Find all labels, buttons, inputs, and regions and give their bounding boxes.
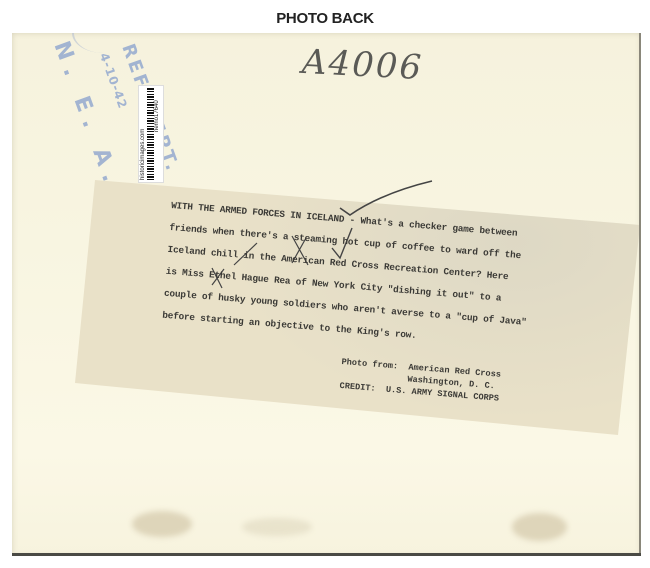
barcode-icon — [147, 88, 154, 180]
stain — [512, 513, 567, 541]
photo-edge — [12, 553, 641, 556]
archive-label: historicimages.com nemo17640 — [138, 85, 164, 183]
archive-item-code: nemo17640 — [154, 100, 160, 132]
stain — [242, 518, 312, 536]
photo-edge — [639, 33, 641, 556]
credit-label: CREDIT: — [339, 381, 376, 394]
photo-back-image: N. E. A. 4-10-42 REF. DEPT. historicimag… — [12, 33, 641, 556]
handwritten-id: A4006 — [301, 42, 424, 88]
stain — [132, 511, 192, 537]
archive-site: historicimages.com — [140, 129, 146, 180]
page-title: PHOTO BACK — [0, 10, 650, 27]
